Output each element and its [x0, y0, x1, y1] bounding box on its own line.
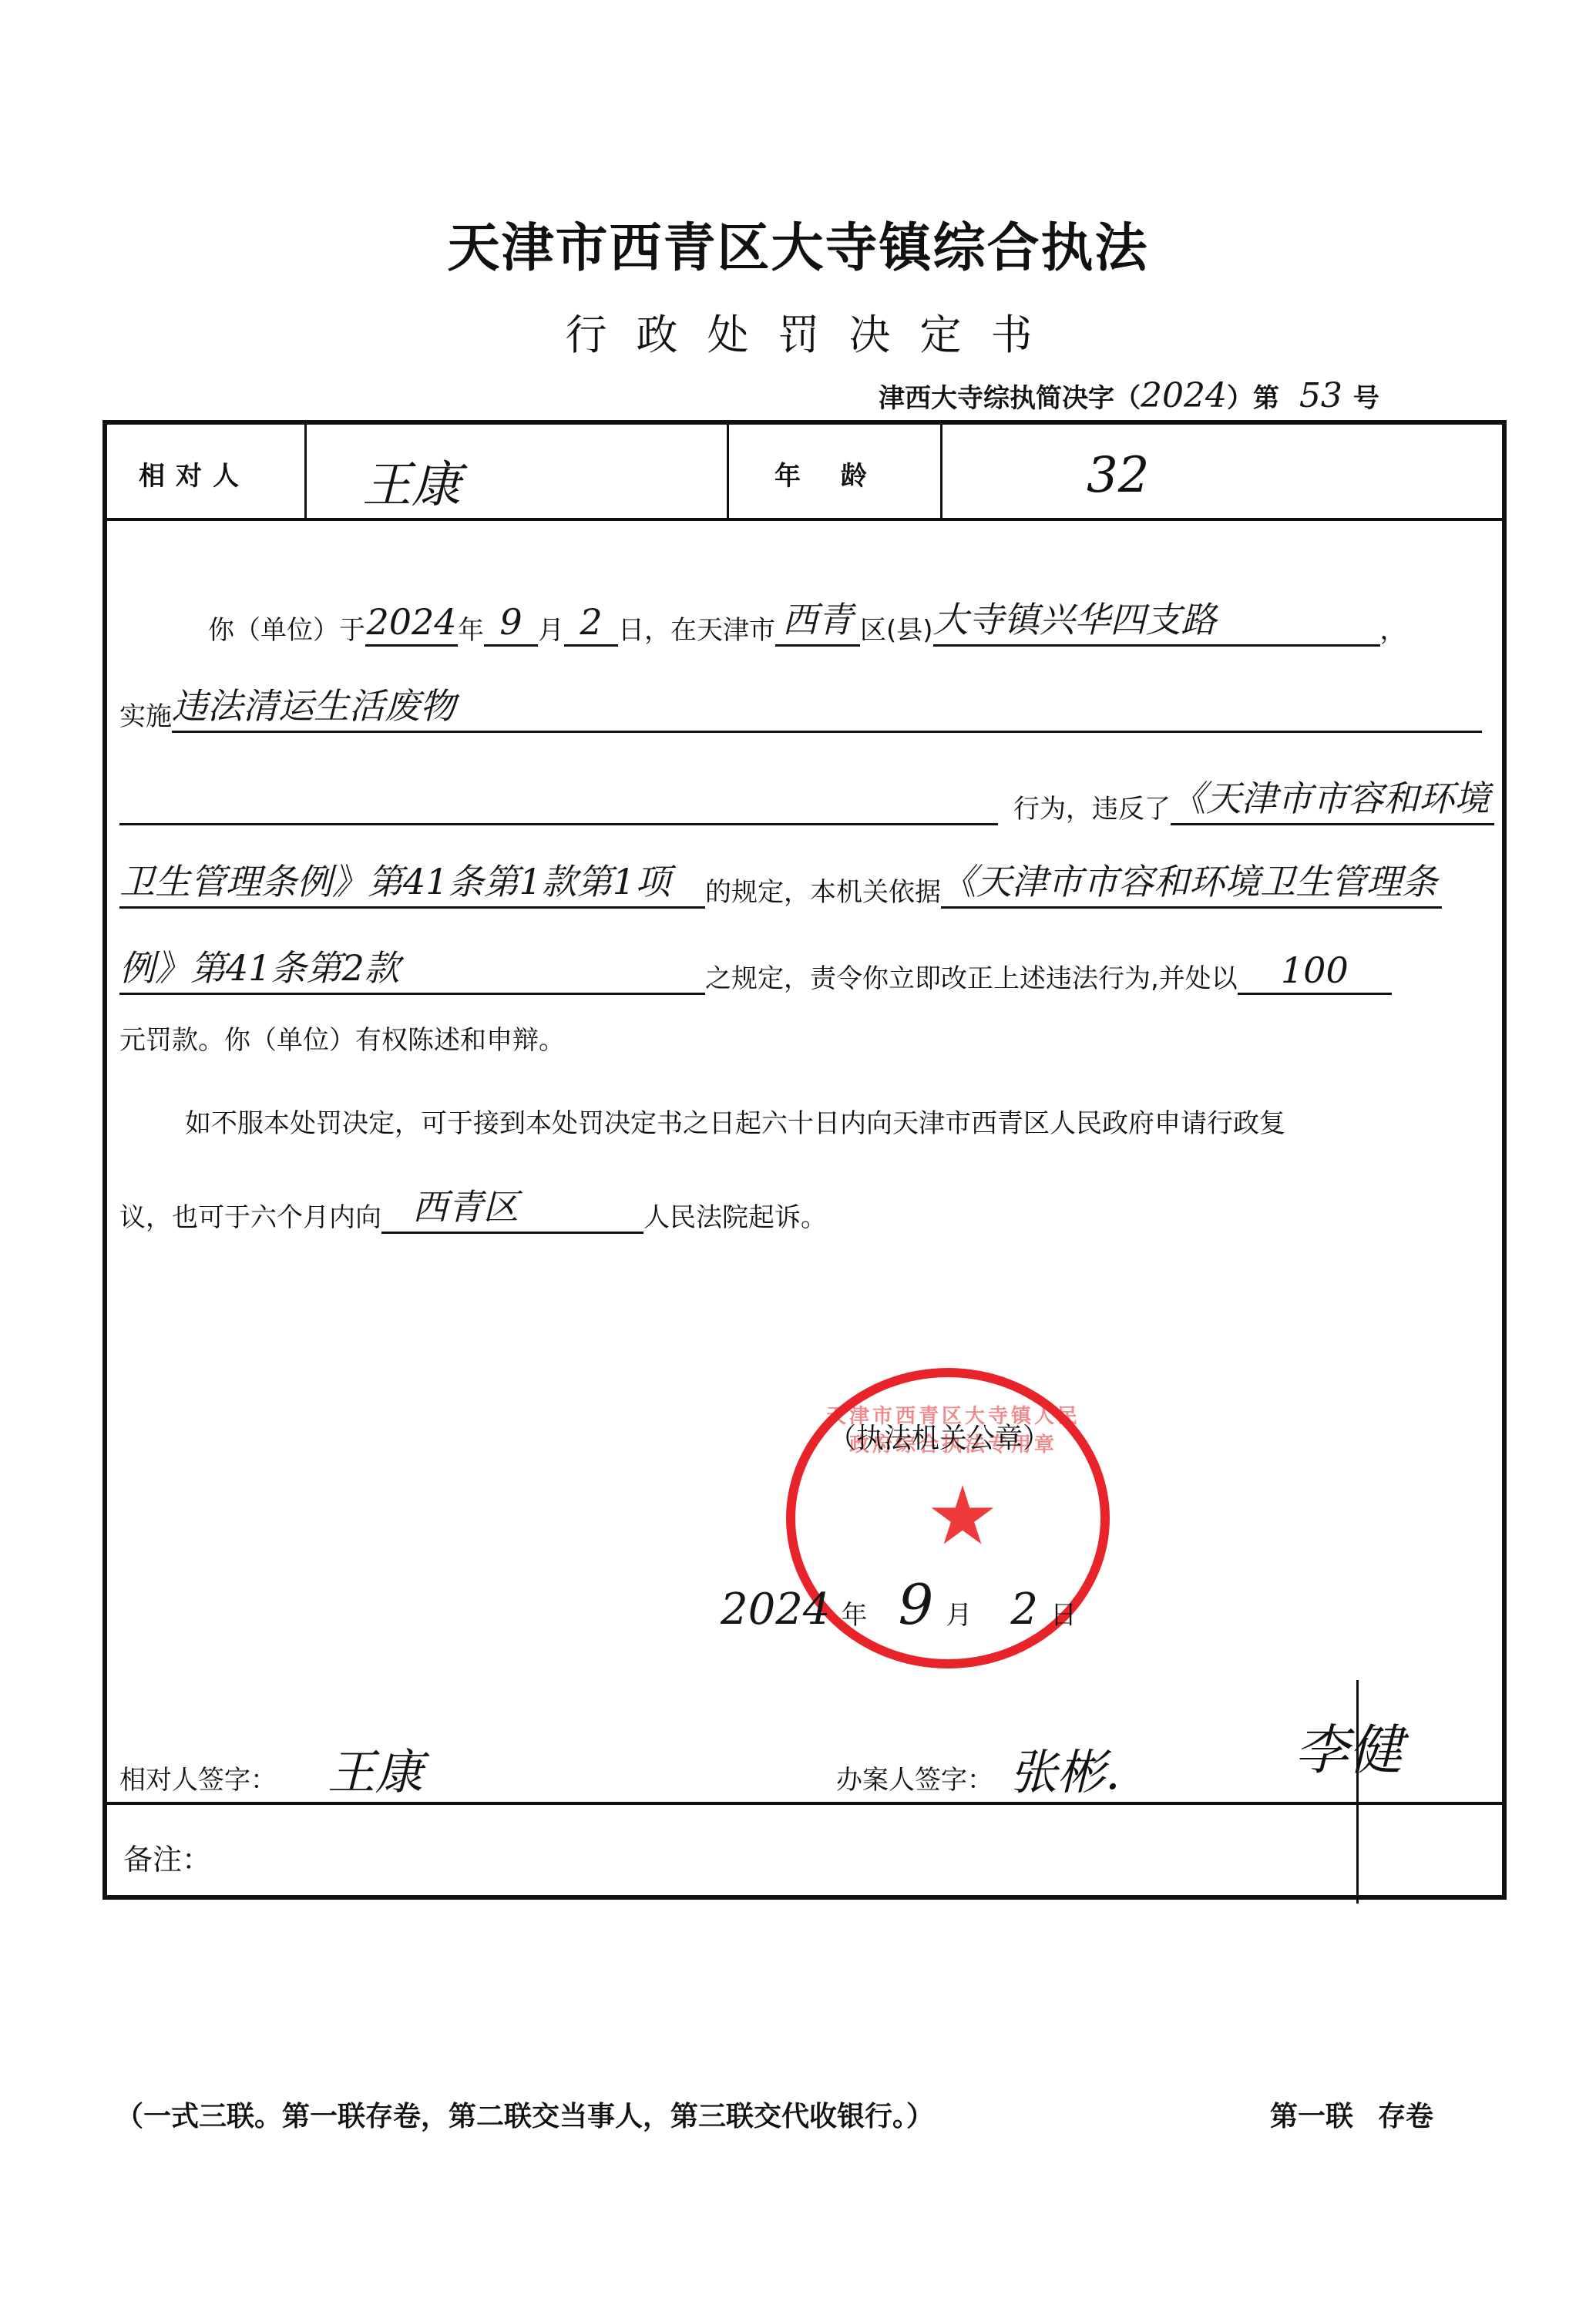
signature-stroke: [1356, 1680, 1359, 1904]
decision-line-1: 你（单位）于2024年9月2日，在天津市西青区(县)大寺镇兴华四支路，: [208, 592, 1406, 647]
text: 月: [538, 615, 564, 646]
doc-year: 2024: [1141, 376, 1227, 415]
document-number: 津西大寺综执简决字（2024）第 53号: [879, 376, 1379, 415]
issue-date: 2024年9月2日: [721, 1572, 1077, 1637]
age-label: 年 龄: [774, 455, 882, 492]
violation-month: 9: [484, 601, 538, 647]
violation-location: 大寺镇兴华四支路: [933, 592, 1380, 647]
divider: [940, 422, 942, 519]
court-district: 西青区: [381, 1179, 643, 1234]
text: 年: [458, 615, 484, 646]
appeal-line-1: 如不服本处罚决定，可于接到本处罚决定书之日起六十日内向天津市西青区人民政府申请行…: [185, 1102, 1285, 1140]
divider: [304, 422, 307, 519]
party-name: 王康: [362, 445, 461, 516]
copy-label: 第一联存卷: [1270, 2095, 1433, 2134]
text: 日: [1050, 1600, 1077, 1631]
party-signature-label: 相对人签字：: [119, 1759, 277, 1796]
violated-law-line1: 《天津市市容和环境: [1171, 771, 1494, 825]
divider: [102, 1802, 1507, 1805]
text: 议，也可于六个月内向: [119, 1202, 381, 1233]
issue-month: 9: [899, 1572, 934, 1637]
violated-law-line2: 卫生管理条例》第41条第1款第1项: [119, 854, 705, 909]
text: 年: [842, 1600, 868, 1631]
text: 月: [946, 1600, 972, 1631]
party-signature: 王康: [328, 1734, 423, 1803]
doc-number-prefix: 津西大寺综执简决字（: [879, 383, 1141, 414]
age-value: 32: [1087, 447, 1149, 504]
decision-line-5: 例》第41条第2款之规定，责令你立即改正上述违法行为,并处以100: [119, 940, 1392, 995]
appeal-line-2: 议，也可于六个月内向西青区人民法院起诉。: [119, 1179, 827, 1234]
text: ，: [1380, 615, 1406, 646]
seal-label: （执法机关公章）: [828, 1416, 1050, 1456]
decision-line-4: 卫生管理条例》第41条第1款第1项的规定，本机关依据《天津市市容和环境卫生管理条: [119, 854, 1442, 909]
issue-year: 2024: [721, 1584, 831, 1635]
text: 日，在天津市: [618, 615, 775, 646]
decision-line-6: 元罚款。你（单位）有权陈述和申辩。: [119, 1019, 565, 1057]
doc-number-value: 53: [1299, 376, 1342, 415]
document-title: 天津市西青区大寺镇综合执法: [0, 207, 1596, 281]
officer-signature-label: 办案人签字：: [836, 1759, 993, 1796]
fine-amount: 100: [1238, 949, 1392, 995]
decision-line-2: 实施违法清运生活废物: [119, 678, 1482, 733]
decision-line-3: 行为，违反了《天津市市容和环境: [119, 771, 1494, 825]
legal-basis-line2: 例》第41条第2款: [119, 940, 705, 995]
text: 之规定，责令你立即改正上述违法行为,并处以: [705, 963, 1238, 994]
text: 的规定，本机关依据: [705, 877, 941, 908]
star-icon: [930, 1485, 995, 1550]
text: 行为，违反了: [1013, 794, 1171, 825]
violation-day: 2: [564, 601, 618, 647]
copy-purpose: 存卷: [1378, 2101, 1433, 2132]
officer-signature-1: 张彬.: [1010, 1734, 1121, 1803]
violation-district: 西青: [775, 592, 860, 647]
text: 区(县): [860, 615, 933, 646]
divider: [102, 518, 1507, 521]
doc-number-suffix: 号: [1353, 383, 1379, 414]
violation-act: 违法清运生活废物: [172, 678, 1482, 733]
text: 你（单位）于: [208, 615, 365, 646]
officer-signature-2: 李健: [1295, 1707, 1403, 1785]
party-label: 相对人: [139, 455, 250, 492]
text: 人民法院起诉。: [643, 1202, 827, 1233]
divider: [727, 422, 729, 519]
document-subtitle: 行政处罚决定书: [0, 302, 1596, 361]
issue-day: 2: [1010, 1584, 1038, 1635]
remarks-label: 备注：: [123, 1836, 211, 1878]
doc-number-mid: ）第: [1227, 383, 1279, 414]
copy-number: 第一联: [1270, 2101, 1353, 2132]
legal-basis-line1: 《天津市市容和环境卫生管理条: [941, 854, 1442, 909]
act-label: 实施: [119, 701, 172, 732]
violation-year: 2024: [365, 601, 458, 647]
footer-note: （一式三联。第一联存卷，第二联交当事人，第三联交代收银行。）: [116, 2095, 934, 2134]
